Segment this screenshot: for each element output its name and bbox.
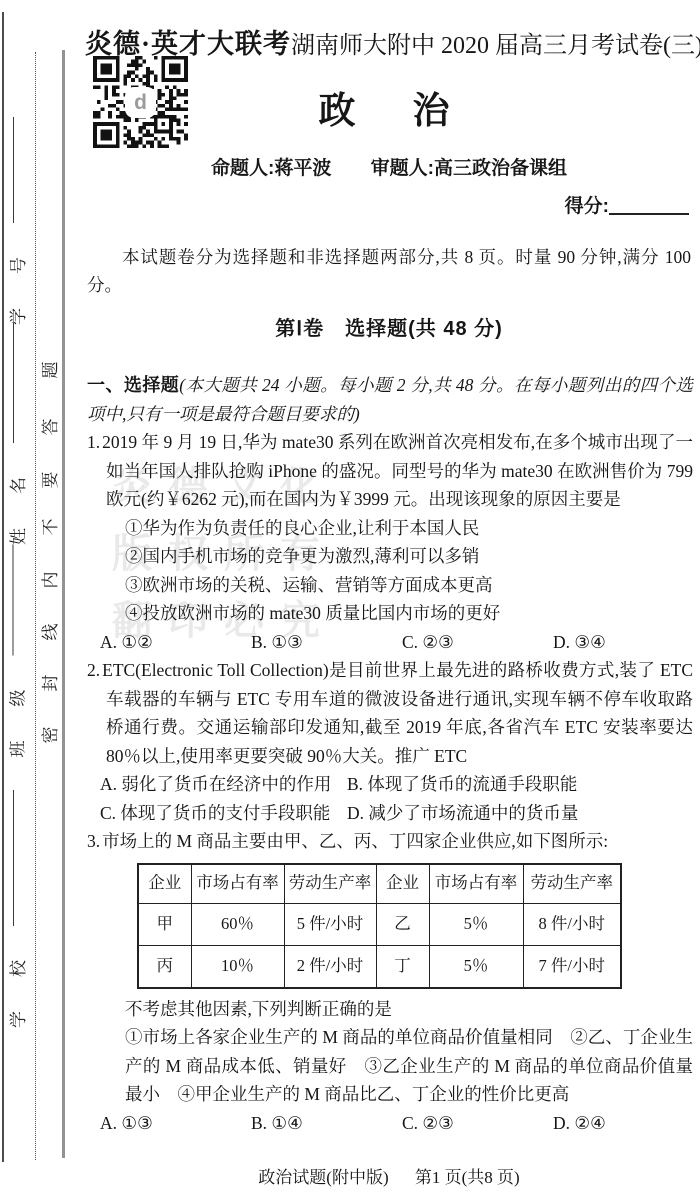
option-b: B. ①④ — [270, 1109, 421, 1138]
reviewer-name: 审题人:高三政治备课组 — [371, 158, 567, 179]
table-header-cell: 劳动生产率 — [284, 864, 376, 904]
seal-char: 要 — [41, 470, 61, 490]
table-cell: 丙 — [138, 945, 191, 988]
question-items-inline: ①市场上各家企业生产的 M 商品的单位商品价值量相同 ②乙、丁企业生产的 M 商… — [106, 1023, 693, 1109]
seal-char: 答 — [41, 417, 61, 437]
option-a: A. ①③ — [119, 1109, 270, 1138]
table-cell: 10％ — [191, 945, 284, 988]
question-followup: 不考虑其他因素,下列判断正确的是 — [106, 995, 693, 1024]
seal-char: 封 — [41, 673, 61, 693]
section-instructions: 一、选择题(本大题共 24 小题。每小题 2 分,共 48 分。在每小题列出的四… — [87, 371, 693, 428]
question-number: 3. — [87, 831, 100, 851]
exam-page: 炎德文化 版权所有 翻印必究 学号 姓名 班级 学校 题 答 要 不 内 线 封… — [0, 0, 700, 1204]
byline: 命题人:蒋平波 审题人:高三政治备课组 — [85, 153, 693, 180]
answer-options: A. ①③ B. ①④ C. ②③ D. ②④ — [106, 1109, 693, 1138]
question-item: ③欧洲市场的关税、运输、营销等方面成本更高 — [106, 571, 693, 600]
table-cell: 5％ — [429, 945, 523, 988]
student-name-field: 姓名 — [5, 323, 27, 545]
table-header-row: 企业 市场占有率 劳动生产率 企业 市场占有率 劳动生产率 — [138, 864, 621, 904]
question-3: 3.市场上的 M 商品主要由甲、乙、丙、丁四家企业供应,如下图所示: 企业 市场… — [87, 827, 693, 1137]
footer-exam-name: 政治试题(附中版) — [258, 1168, 388, 1187]
table-header-cell: 市场占有率 — [429, 864, 523, 904]
answer-options: A. ①② B. ①③ C. ②③ D. ③④ — [106, 628, 693, 657]
school-label: 学校 — [4, 926, 29, 1028]
table-header-cell: 市场占有率 — [191, 864, 284, 904]
instructions-prefix: 一、选择题 — [87, 375, 179, 395]
setter-name: 命题人:蒋平波 — [211, 158, 331, 179]
table-cell: 丁 — [376, 945, 429, 988]
score-label: 得分: — [565, 196, 609, 217]
student-id-field: 学号 — [5, 117, 27, 325]
option-a: A. 弱化了货币在经济中的作用 — [119, 770, 366, 799]
seal-char: 线 — [41, 622, 61, 642]
seal-solid-line — [62, 50, 65, 1158]
table-cell: 60％ — [191, 903, 284, 945]
table-cell: 甲 — [138, 903, 191, 945]
question-number: 2. — [87, 660, 100, 680]
school-field: 学校 — [5, 790, 27, 1028]
option-d: D. 减少了市场流通中的货币量 — [366, 799, 578, 828]
exam-title: 湖南师大附中 2020 届高三月考试卷(三) — [291, 33, 700, 59]
subject-title: 政 治 — [85, 80, 693, 134]
answer-options: C. 体现了货币的支付手段职能 D. 减少了市场流通中的货币量 — [106, 799, 693, 828]
table-cell: 5 件/小时 — [284, 903, 376, 945]
student-id-blank — [13, 117, 14, 223]
class-blank — [13, 545, 14, 656]
score-row: 得分: — [565, 191, 689, 218]
question-stem: ETC(Electronic Toll Collection)是目前世界上最先进… — [102, 660, 693, 766]
table-header-cell: 企业 — [138, 864, 191, 904]
table-header-cell: 劳动生产率 — [523, 864, 621, 904]
option-d: D. ③④ — [572, 628, 606, 657]
option-b: B. ①③ — [270, 628, 421, 657]
school-blank — [13, 790, 14, 926]
table-cell: 5％ — [429, 903, 523, 945]
option-b: B. 体现了货币的流通手段职能 — [366, 770, 577, 799]
table-cell: 8 件/小时 — [523, 903, 621, 945]
option-c: C. ②③ — [421, 1109, 572, 1138]
seal-char: 不 — [41, 517, 61, 537]
question-section: 一、选择题(本大题共 24 小题。每小题 2 分,共 48 分。在每小题列出的四… — [87, 371, 693, 1137]
table-cell: 乙 — [376, 903, 429, 945]
part1-heading: 第Ⅰ卷 选择题(共 48 分) — [85, 312, 693, 341]
question-item: ④投放欧洲市场的 mate30 质量比国内市场的更好 — [106, 599, 693, 628]
seal-char: 内 — [41, 570, 61, 590]
option-c: C. 体现了货币的支付手段职能 — [119, 799, 366, 828]
footer-page-number: 第1 页(共8 页) — [415, 1168, 520, 1187]
class-label: 班级 — [3, 656, 28, 758]
table-row: 丙 10％ 2 件/小时 丁 5％ 7 件/小时 — [138, 945, 621, 988]
table-cell: 2 件/小时 — [284, 945, 376, 988]
intro-paragraph: 本试题卷分为选择题和非选择题两部分,共 8 页。时量 90 分钟,满分 100 … — [87, 243, 691, 299]
table-header-cell: 企业 — [376, 864, 429, 904]
score-blank — [609, 195, 689, 215]
student-name-blank — [13, 323, 14, 443]
seal-char: 密 — [41, 725, 61, 745]
table-cell: 7 件/小时 — [523, 945, 621, 988]
student-id-label: 学号 — [4, 223, 29, 325]
brand-name: 炎德·英才大联考 — [85, 29, 291, 59]
question-1: 1.2019 年 9 月 19 日,华为 mate30 系列在欧洲首次亮相发布,… — [87, 428, 693, 656]
option-c: C. ②③ — [421, 628, 572, 657]
question-2: 2.ETC(Electronic Toll Collection)是目前世界上最… — [87, 656, 693, 827]
seal-dotted-line — [35, 52, 36, 1160]
page-footer: 政治试题(附中版) 第1 页(共8 页) — [85, 1163, 693, 1188]
option-a: A. ①② — [119, 628, 270, 657]
question-stem: 市场上的 M 商品主要由甲、乙、丙、丁四家企业供应,如下图所示: — [102, 831, 608, 851]
question-number: 1. — [87, 432, 100, 452]
market-share-table: 企业 市场占有率 劳动生产率 企业 市场占有率 劳动生产率 甲 60％ 5 件/… — [137, 863, 622, 989]
student-name-label: 姓名 — [4, 443, 29, 545]
class-field: 班级 — [5, 545, 27, 758]
answer-options: A. 弱化了货币在经济中的作用 B. 体现了货币的流通手段职能 — [106, 770, 693, 799]
seal-char: 题 — [41, 360, 61, 380]
option-d: D. ②④ — [572, 1109, 606, 1138]
question-item: ①华为作为负责任的良心企业,让利于本国人民 — [106, 514, 693, 543]
question-stem: 2019 年 9 月 19 日,华为 mate30 系列在欧洲首次亮相发布,在多… — [102, 432, 693, 509]
table-row: 甲 60％ 5 件/小时 乙 5％ 8 件/小时 — [138, 903, 621, 945]
question-item: ②国内手机市场的竞争更为激烈,薄利可以多销 — [106, 542, 693, 571]
